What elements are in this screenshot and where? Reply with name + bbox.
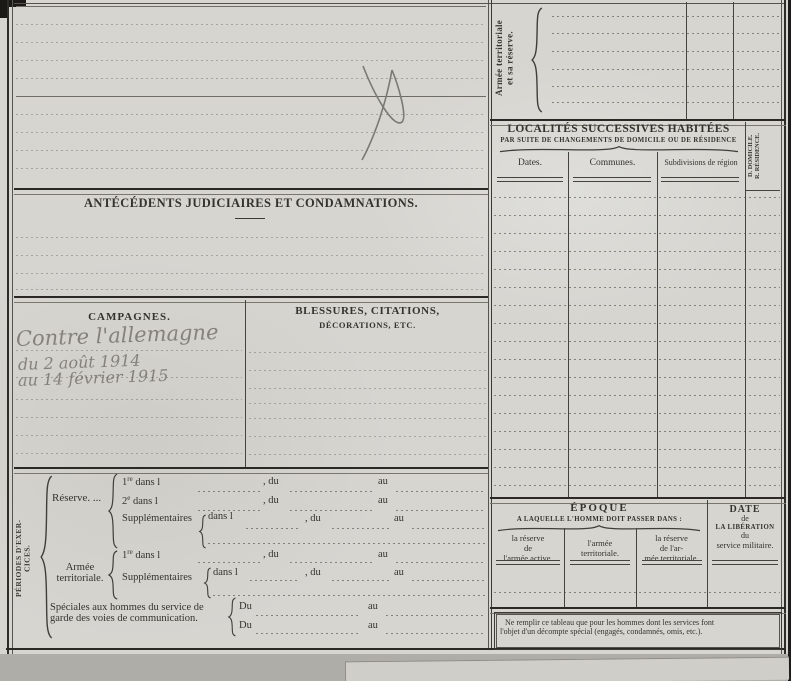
ruled-line bbox=[249, 403, 486, 404]
fill-in-line[interactable] bbox=[386, 633, 486, 634]
armee-territoriale-brace bbox=[531, 8, 544, 112]
armee-territoriale-label-line1: Armée territoriale bbox=[494, 6, 504, 110]
fill-in-line[interactable] bbox=[198, 491, 262, 492]
du-cap-label: Du bbox=[239, 601, 252, 612]
ruled-line bbox=[16, 237, 486, 238]
header-underline bbox=[642, 560, 702, 565]
column-line bbox=[564, 528, 565, 607]
reserve-row-2: 2e dans l bbox=[122, 495, 158, 507]
au-label: au bbox=[378, 549, 388, 560]
epoque-subtitle: A LAQUELLE L'HOMME DOIT PASSER DANS : bbox=[492, 516, 707, 523]
center-divider bbox=[488, 0, 489, 650]
table-row-line[interactable] bbox=[494, 341, 780, 342]
du-cap-label: Du bbox=[239, 620, 252, 631]
blessures-title-line2: DÉCORATIONS, ETC. bbox=[248, 321, 487, 330]
ruled-line bbox=[16, 24, 486, 25]
fill-in-line[interactable] bbox=[250, 580, 300, 581]
au-label: au bbox=[368, 601, 378, 612]
column-line bbox=[568, 152, 569, 497]
armee-territoriale-label-line2: et sa réserve. bbox=[504, 6, 514, 110]
epoque-col3: la réservede l'ar-mée territoriale. bbox=[636, 534, 707, 563]
right-border bbox=[784, 0, 786, 654]
epoque-title: ÉPOQUE bbox=[492, 503, 707, 515]
reserve-label: Réserve. ... bbox=[52, 493, 101, 505]
reserve-brace bbox=[108, 474, 119, 548]
table-row-line[interactable] bbox=[494, 413, 780, 414]
table-row-line[interactable] bbox=[494, 395, 780, 396]
table-row-line[interactable] bbox=[494, 269, 780, 270]
ruled-line bbox=[249, 352, 486, 353]
armee-brace bbox=[108, 551, 119, 599]
note-line2: l'objet d'un décompte spécial (engagés, … bbox=[500, 628, 702, 637]
fill-in-line[interactable] bbox=[396, 510, 486, 511]
ruled-line bbox=[249, 418, 486, 419]
ruled-line bbox=[249, 454, 486, 455]
binding-line bbox=[7, 0, 9, 654]
periodes-side-label: PÉRIODES D'EXER- CICES. bbox=[15, 482, 37, 634]
armee-label-line1: Armée bbox=[50, 562, 110, 573]
table-row-line[interactable] bbox=[494, 592, 780, 593]
fill-in-line[interactable] bbox=[552, 69, 780, 70]
fill-in-line[interactable] bbox=[198, 562, 262, 563]
au-label: au bbox=[394, 567, 404, 578]
column-line bbox=[707, 500, 708, 607]
armee-label-line2: territoriale. bbox=[44, 573, 116, 584]
epoque-header-brace bbox=[498, 525, 700, 532]
localites-header-brace bbox=[500, 146, 738, 153]
fill-in-line[interactable] bbox=[386, 615, 486, 616]
column-line bbox=[733, 2, 734, 119]
header-underline bbox=[496, 560, 560, 565]
fill-in-line[interactable] bbox=[332, 528, 390, 529]
localites-title: LOCALITÉS SUCCESSIVES HABITÉES bbox=[492, 123, 745, 135]
ruled-line bbox=[16, 273, 486, 274]
du-label: , du bbox=[263, 476, 279, 487]
column-line bbox=[686, 2, 687, 119]
ruled-line bbox=[249, 436, 486, 437]
campagnes-entry-line1: Contre l'allemagne bbox=[16, 321, 219, 351]
header-underline bbox=[570, 560, 630, 565]
periodes-side-label-line2: CICES. bbox=[24, 482, 33, 634]
fill-in-line[interactable] bbox=[213, 595, 486, 596]
other-paper-corner bbox=[345, 657, 789, 681]
fill-in-line[interactable] bbox=[290, 562, 374, 563]
ruled-line bbox=[16, 399, 242, 400]
section-divider bbox=[14, 188, 488, 195]
binding-line bbox=[12, 0, 13, 654]
fill-in-line[interactable] bbox=[256, 633, 358, 634]
table-row-line[interactable] bbox=[494, 359, 780, 360]
supplementaires-label: Supplémentaires bbox=[122, 513, 192, 524]
ruled-line bbox=[16, 6, 486, 7]
fill-in-line[interactable] bbox=[552, 33, 780, 34]
armee-row-1: 1re dans l bbox=[122, 549, 160, 561]
table-row-line[interactable] bbox=[494, 251, 780, 252]
section-divider bbox=[14, 296, 488, 303]
dans-l-label: dans l bbox=[208, 511, 233, 522]
ruled-line bbox=[16, 255, 486, 256]
du-label: , du bbox=[263, 549, 279, 560]
speciales-line1: Spéciales aux hommes du service de bbox=[50, 602, 204, 613]
fill-in-line[interactable] bbox=[552, 102, 780, 103]
table-row-line[interactable] bbox=[494, 449, 780, 450]
column-divider bbox=[245, 300, 246, 467]
fill-in-line[interactable] bbox=[246, 528, 300, 529]
fill-in-line[interactable] bbox=[208, 543, 486, 544]
header-underline bbox=[573, 177, 651, 182]
reserve-row-1: 1re dans l bbox=[122, 476, 160, 488]
ruled-line bbox=[249, 388, 486, 389]
header-underline bbox=[712, 560, 778, 565]
supplementaires-brace bbox=[199, 515, 207, 548]
fill-in-line[interactable] bbox=[290, 510, 374, 511]
fill-in-line[interactable] bbox=[552, 86, 780, 87]
fill-in-line[interactable] bbox=[552, 51, 780, 52]
au-label: au bbox=[394, 513, 404, 524]
localites-col-communes: Communes. bbox=[568, 158, 657, 168]
fill-in-line[interactable] bbox=[396, 562, 486, 563]
table-row-line[interactable] bbox=[494, 467, 780, 468]
military-record-sheet: ANTÉCÉDENTS JUDICIAIRES ET CONDAMNATIONS… bbox=[0, 0, 791, 681]
au-label: au bbox=[378, 495, 388, 506]
speciales-brace bbox=[228, 598, 237, 636]
table-row-line[interactable] bbox=[494, 233, 780, 234]
column-line bbox=[745, 122, 746, 497]
dans-l-label: dans l bbox=[213, 567, 238, 578]
fill-in-line[interactable] bbox=[552, 16, 780, 17]
supplementaires-label: Supplémentaires bbox=[122, 572, 192, 583]
ruled-line bbox=[16, 435, 242, 436]
date-col-de: de bbox=[707, 515, 783, 524]
ruled-line bbox=[16, 453, 242, 454]
fill-in-line[interactable] bbox=[332, 580, 390, 581]
page-top-rule bbox=[14, 3, 786, 4]
campagnes-entry-line3: au 14 février 1915 bbox=[18, 367, 169, 390]
table-row-line[interactable] bbox=[494, 431, 780, 432]
fill-in-line[interactable] bbox=[396, 491, 486, 492]
table-row-line[interactable] bbox=[494, 197, 780, 198]
epoque-col2: l'arméeterritoriale. bbox=[564, 539, 636, 559]
header-underline bbox=[661, 177, 739, 182]
du-label: , du bbox=[305, 567, 321, 578]
pencil-x-mark bbox=[350, 60, 420, 165]
table-row-line[interactable] bbox=[494, 377, 780, 378]
residence-label: R. RÉSIDENCE. bbox=[754, 124, 761, 188]
table-row-line[interactable] bbox=[494, 323, 780, 324]
localites-col-subdivisions: Subdivisions de région bbox=[657, 159, 745, 168]
fill-in-line[interactable] bbox=[290, 491, 374, 492]
ruled-line bbox=[16, 417, 242, 418]
ruled-line bbox=[16, 377, 242, 378]
ruled-line bbox=[16, 350, 242, 351]
fill-in-line[interactable] bbox=[412, 528, 486, 529]
armee-territoriale-side-label: Armée territoriale et sa réserve. bbox=[494, 6, 522, 110]
section-divider bbox=[14, 467, 488, 474]
header-underline bbox=[746, 190, 780, 191]
speciales-line2: garde des voies de communication. bbox=[50, 613, 198, 624]
antecedents-title: ANTÉCÉDENTS JUDICIAIRES ET CONDAMNATIONS… bbox=[14, 197, 488, 211]
header-underline bbox=[497, 177, 563, 182]
table-row-line[interactable] bbox=[494, 485, 780, 486]
epoque-col1: la réservedel'armée active. bbox=[492, 534, 564, 563]
au-label: au bbox=[368, 620, 378, 631]
ruled-line bbox=[16, 42, 486, 43]
au-label: au bbox=[378, 476, 388, 487]
ruled-line bbox=[16, 289, 486, 290]
supplementaires-brace bbox=[204, 568, 212, 598]
date-col-service: service militaire. bbox=[707, 541, 783, 550]
column-line bbox=[636, 528, 637, 607]
localites-subtitle: PAR SUITE DE CHANGEMENTS DE DOMICILE OU … bbox=[492, 137, 745, 144]
table-row-line[interactable] bbox=[494, 287, 780, 288]
table-row-line[interactable] bbox=[494, 305, 780, 306]
column-line bbox=[657, 152, 658, 497]
fill-in-line[interactable] bbox=[412, 580, 486, 581]
fill-in-line[interactable] bbox=[256, 615, 358, 616]
table-row-line[interactable] bbox=[494, 215, 780, 216]
blessures-title-line1: BLESSURES, CITATIONS, bbox=[248, 306, 487, 318]
ruled-line bbox=[249, 370, 486, 371]
du-label: , du bbox=[305, 513, 321, 524]
ruled-line bbox=[16, 168, 486, 169]
domicile-residence-label: D. DOMICILE. R. RÉSIDENCE. bbox=[747, 124, 767, 188]
localites-col-dates: Dates. bbox=[492, 158, 568, 168]
du-label: , du bbox=[263, 495, 279, 506]
right-border bbox=[781, 0, 782, 654]
note-box: Ne remplir ce tableau que pour les homme… bbox=[494, 612, 782, 650]
title-underline bbox=[235, 218, 265, 219]
